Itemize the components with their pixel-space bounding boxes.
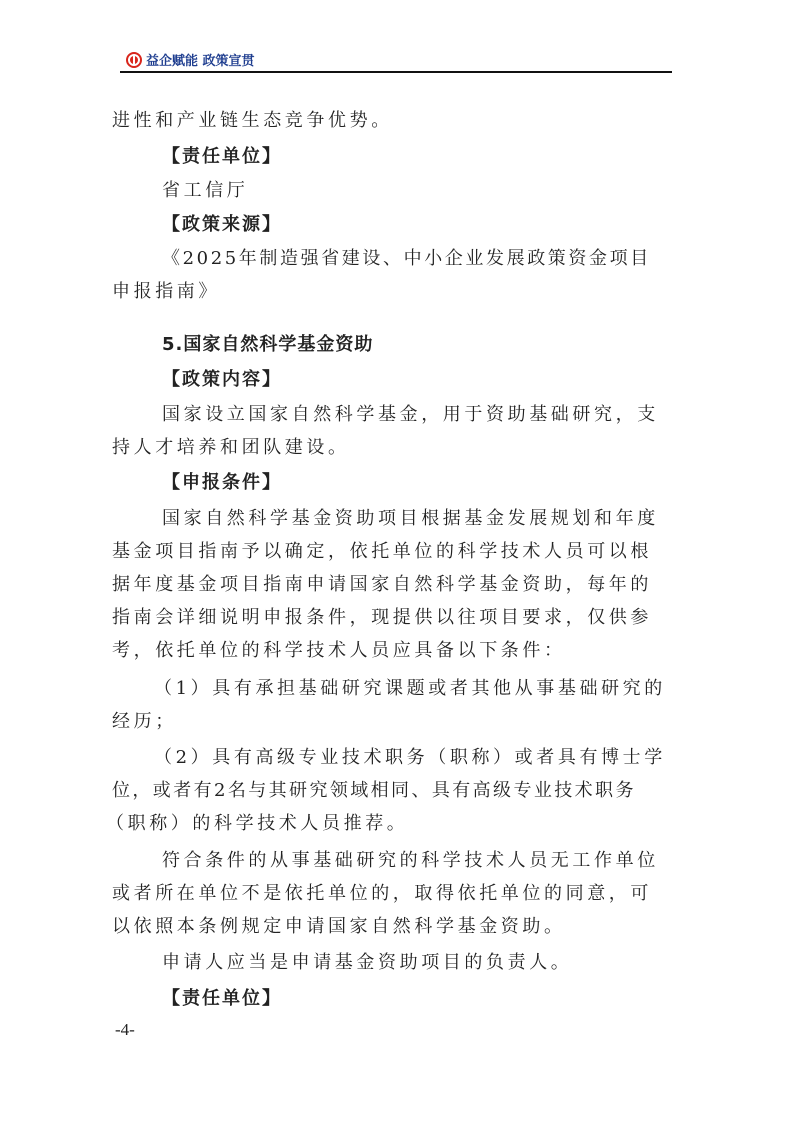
conditions-line: 经历； bbox=[112, 707, 177, 733]
responsible-unit-label: 【责任单位】 bbox=[162, 142, 282, 168]
conditions-line: 国家自然科学基金资助项目根据基金发展规划和年度 bbox=[162, 504, 659, 530]
conditions-line: 以依照本条例规定申请国家自然科学基金资助。 bbox=[112, 912, 566, 938]
page-number: -4- bbox=[115, 1020, 135, 1040]
conditions-line: 符合条件的从事基础研究的科学技术人员无工作单位 bbox=[162, 846, 659, 872]
conditions-line: 基金项目指南予以确定，依托单位的科学技术人员可以根 bbox=[112, 537, 652, 563]
circle-emblem-icon bbox=[126, 52, 142, 68]
responsible-unit-label: 【责任单位】 bbox=[162, 984, 282, 1010]
content-line: 国家设立国家自然科学基金，用于资助基础研究，支 bbox=[162, 400, 659, 426]
conditions-line: 指南会详细说明申报条件，现提供以往项目要求，仅供参 bbox=[112, 603, 652, 629]
conditions-line: （1）具有承担基础研究课题或者其他从事基础研究的 bbox=[154, 674, 666, 700]
policy-content-label: 【政策内容】 bbox=[162, 365, 282, 391]
brand-text: 益企赋能 政策宣贯 bbox=[146, 50, 255, 69]
policy-source-line: 《2025年制造强省建设、中小企业发展政策资金项目 bbox=[162, 244, 651, 270]
content-line: 持人才培养和团队建设。 bbox=[112, 433, 350, 459]
conditions-line: 据年度基金项目指南申请国家自然科学基金资助，每年的 bbox=[112, 570, 652, 596]
conditions-line: 考，依托单位的科学技术人员应具备以下条件： bbox=[112, 636, 566, 662]
policy-source-line: 申报指南》 bbox=[112, 277, 220, 303]
conditions-line: 或者所在单位不是依托单位的，取得依托单位的同意，可 bbox=[112, 879, 652, 905]
policy-source-label: 【政策来源】 bbox=[162, 210, 282, 236]
continuation-text: 进性和产业链生态竞争优势。 bbox=[112, 106, 393, 132]
section-title: 5.国家自然科学基金资助 bbox=[162, 330, 373, 356]
conditions-line: （职称）的科学技术人员推荐。 bbox=[106, 809, 408, 835]
header-divider bbox=[120, 71, 672, 73]
page-header: 益企赋能 政策宣贯 bbox=[126, 50, 255, 69]
conditions-line: 位，或者有2名与其研究领域相同、具有高级专业技术职务 bbox=[112, 776, 636, 802]
conditions-line: 申请人应当是申请基金资助项目的负责人。 bbox=[162, 948, 572, 974]
conditions-line: （2）具有高级专业技术职务（职称）或者具有博士学 bbox=[154, 743, 666, 769]
conditions-label: 【申报条件】 bbox=[162, 468, 282, 494]
responsible-unit-value: 省工信厅 bbox=[162, 176, 248, 202]
